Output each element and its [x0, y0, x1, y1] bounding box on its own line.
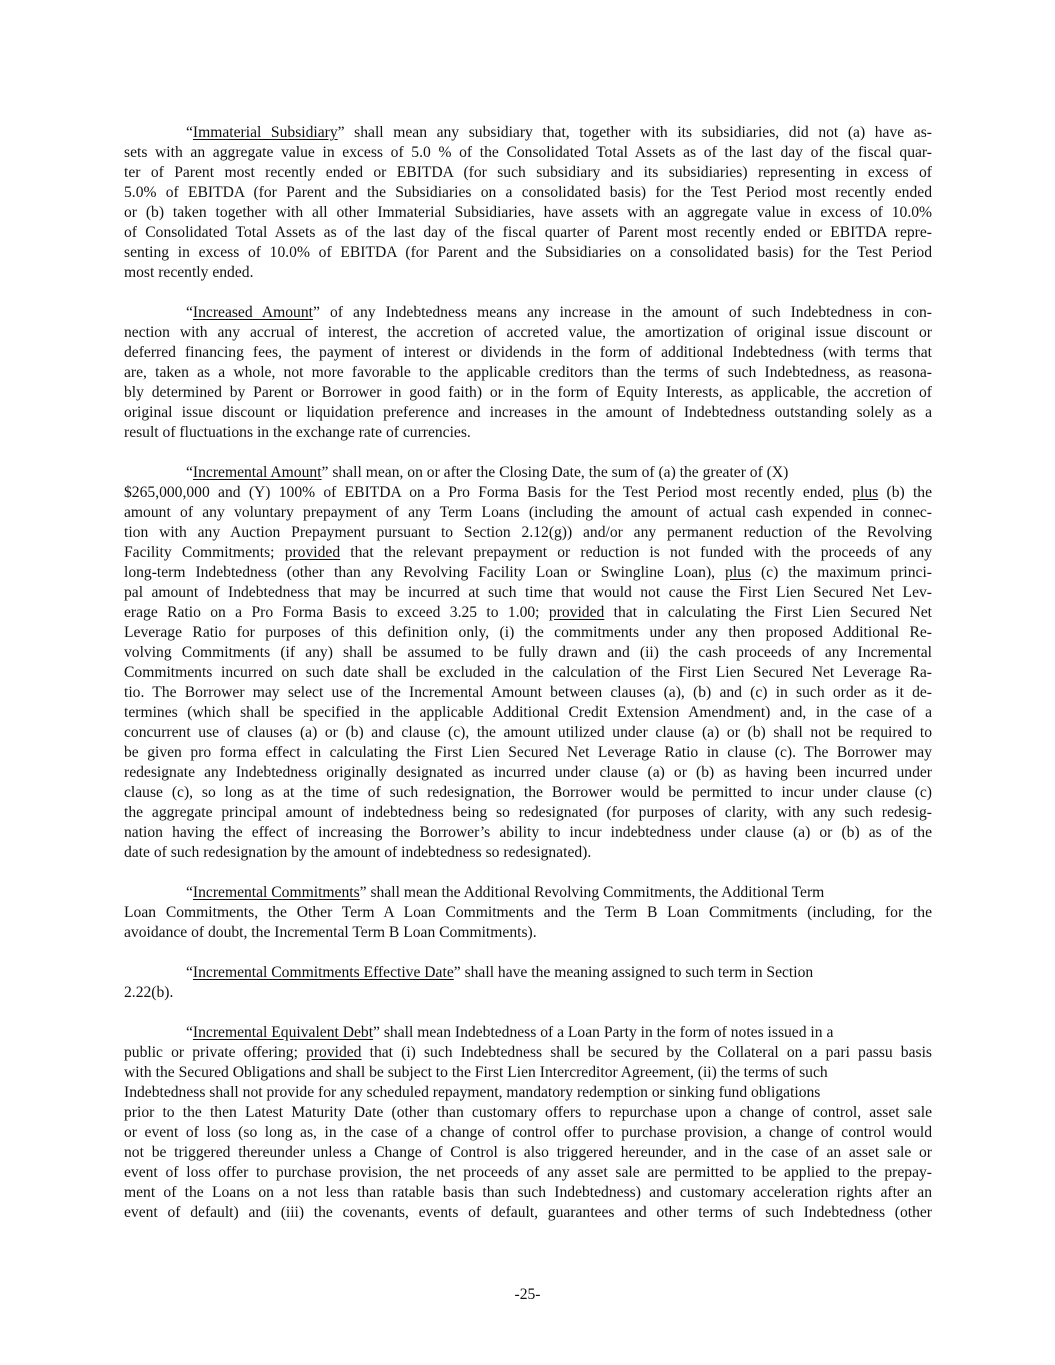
- underlined-word: provided: [285, 544, 340, 561]
- line-text: amount of any voluntary prepayment of an…: [124, 503, 932, 523]
- line-text: prior to the then Latest Maturity Date (…: [124, 1103, 932, 1123]
- line-text: ” shall have the meaning assigned to suc…: [454, 964, 813, 981]
- line-text: volving Commitments (if any) shall be as…: [124, 643, 932, 663]
- defined-term: Incremental Equivalent Debt: [193, 1024, 373, 1041]
- line-text: date of such redesignation by the amount…: [124, 843, 932, 863]
- line-segment: $265,000,000 and (Y) 100% of EBITDA on a…: [124, 484, 852, 501]
- line-text: are, taken as a whole, not more favorabl…: [124, 363, 932, 383]
- line-text: clause (c), so long as at the time of su…: [124, 783, 932, 803]
- line-segment: public or private offering;: [124, 1044, 306, 1061]
- line-segment: Facility Commitments;: [124, 544, 285, 561]
- line-segment: (b) the: [878, 484, 932, 501]
- line-text: event of default) and (iii) the covenant…: [124, 1203, 932, 1223]
- line-text: result of fluctuations in the exchange r…: [124, 423, 932, 443]
- line-text: Facility Commitments; provided that the …: [124, 543, 932, 563]
- line-text: or (b) taken together with all other Imm…: [124, 203, 932, 223]
- defined-term: Incremental Commitments: [193, 884, 360, 901]
- line-text: Indebtedness shall not provide for any s…: [124, 1083, 932, 1103]
- line-text: tio. The Borrower may select use of the …: [124, 683, 932, 703]
- line-text: termines (which shall be specified in th…: [124, 703, 932, 723]
- line-text: sets with an aggregate value in excess o…: [124, 143, 932, 163]
- line-text: most recently ended.: [124, 263, 932, 283]
- line-text: Loan Commitments, the Other Term A Loan …: [124, 903, 932, 923]
- line-text: senting in excess of 10.0% of EBITDA (fo…: [124, 243, 932, 263]
- document-page: “Immaterial Subsidiary” shall mean any s…: [0, 0, 1055, 1365]
- line-text: original issue discount or liquidation p…: [124, 403, 932, 423]
- definition-first-line: “Incremental Amount” shall mean, on or a…: [186, 463, 932, 483]
- definition-first-line: “Incremental Equivalent Debt” shall mean…: [186, 1023, 932, 1043]
- line-text: bly determined by Parent or Borrower in …: [124, 383, 932, 403]
- line-segment: that the relevant prepayment or reductio…: [340, 544, 932, 561]
- line-text: deferred financing fees, the payment of …: [124, 343, 932, 363]
- line-text: not be triggered thereunder unless a Cha…: [124, 1143, 932, 1163]
- defined-term: Immaterial Subsidiary: [193, 124, 338, 141]
- line-segment: that (i) such Indebtedness shall be secu…: [361, 1044, 932, 1061]
- line-text: ” shall mean Indebtedness of a Loan Part…: [373, 1024, 833, 1041]
- defined-term: Incremental Commitments Effective Date: [193, 964, 454, 981]
- line-text: with the Secured Obligations and shall b…: [124, 1063, 932, 1083]
- underlined-word: plus: [852, 484, 878, 501]
- line-text: of Consolidated Total Assets as of the l…: [124, 223, 932, 243]
- underlined-word: plus: [725, 564, 751, 581]
- line-text: 5.0% of EBITDA (for Parent and the Subsi…: [124, 183, 932, 203]
- line-text: concurrent use of clauses (a) or (b) and…: [124, 723, 932, 743]
- line-text: Leverage Ratio for purposes of this defi…: [124, 623, 932, 643]
- line-text: event of loss offer to purchase provisio…: [124, 1163, 932, 1183]
- line-segment: long-term Indebtedness (other than any R…: [124, 564, 725, 581]
- line-text: be given pro forma effect in calculating…: [124, 743, 932, 763]
- defined-term: Increased Amount: [193, 304, 313, 321]
- line-text: ” of any Indebtedness means any increase…: [313, 304, 932, 321]
- defined-term: Incremental Amount: [193, 464, 322, 481]
- line-text: Commitments incurred on such date shall …: [124, 663, 932, 683]
- line-text: or event of loss (so long as, in the cas…: [124, 1123, 932, 1143]
- page-number: -25-: [0, 1285, 1055, 1305]
- line-text: long-term Indebtedness (other than any R…: [124, 563, 932, 583]
- line-segment: erage Ratio on a Pro Forma Basis to exce…: [124, 604, 549, 621]
- line-text: nection with any accrual of interest, th…: [124, 323, 932, 343]
- line-text: avoidance of doubt, the Incremental Term…: [124, 923, 932, 943]
- line-text: ter of Parent most recently ended or EBI…: [124, 163, 932, 183]
- definition-first-line: “Immaterial Subsidiary” shall mean any s…: [186, 123, 932, 143]
- line-segment: that in calculating the First Lien Secur…: [604, 604, 932, 621]
- line-text: ” shall mean the Additional Revolving Co…: [360, 884, 825, 901]
- line-text: ” shall mean, on or after the Closing Da…: [322, 464, 789, 481]
- line-text: ” shall mean any subsidiary that, togeth…: [338, 124, 932, 141]
- line-text: ment of the Loans on a not less than rat…: [124, 1183, 932, 1203]
- underlined-word: provided: [306, 1044, 361, 1061]
- line-text: the aggregate principal amount of indebt…: [124, 803, 932, 823]
- underlined-word: provided: [549, 604, 604, 621]
- line-text: redesignate any Indebtedness originally …: [124, 763, 932, 783]
- definition-first-line: “Incremental Commitments Effective Date”…: [186, 963, 932, 983]
- line-text: nation having the effect of increasing t…: [124, 823, 932, 843]
- line-text: tion with any Auction Prepayment pursuan…: [124, 523, 932, 543]
- line-segment: (c) the maximum princi-: [751, 564, 932, 581]
- definition-first-line: “Increased Amount” of any Indebtedness m…: [186, 303, 932, 323]
- definition-first-line: “Incremental Commitments” shall mean the…: [186, 883, 932, 903]
- line-text: 2.22(b).: [124, 983, 932, 1003]
- line-text: public or private offering; provided tha…: [124, 1043, 932, 1063]
- line-text: pal amount of Indebtedness that may be i…: [124, 583, 932, 603]
- line-text: $265,000,000 and (Y) 100% of EBITDA on a…: [124, 483, 932, 503]
- line-text: erage Ratio on a Pro Forma Basis to exce…: [124, 603, 932, 623]
